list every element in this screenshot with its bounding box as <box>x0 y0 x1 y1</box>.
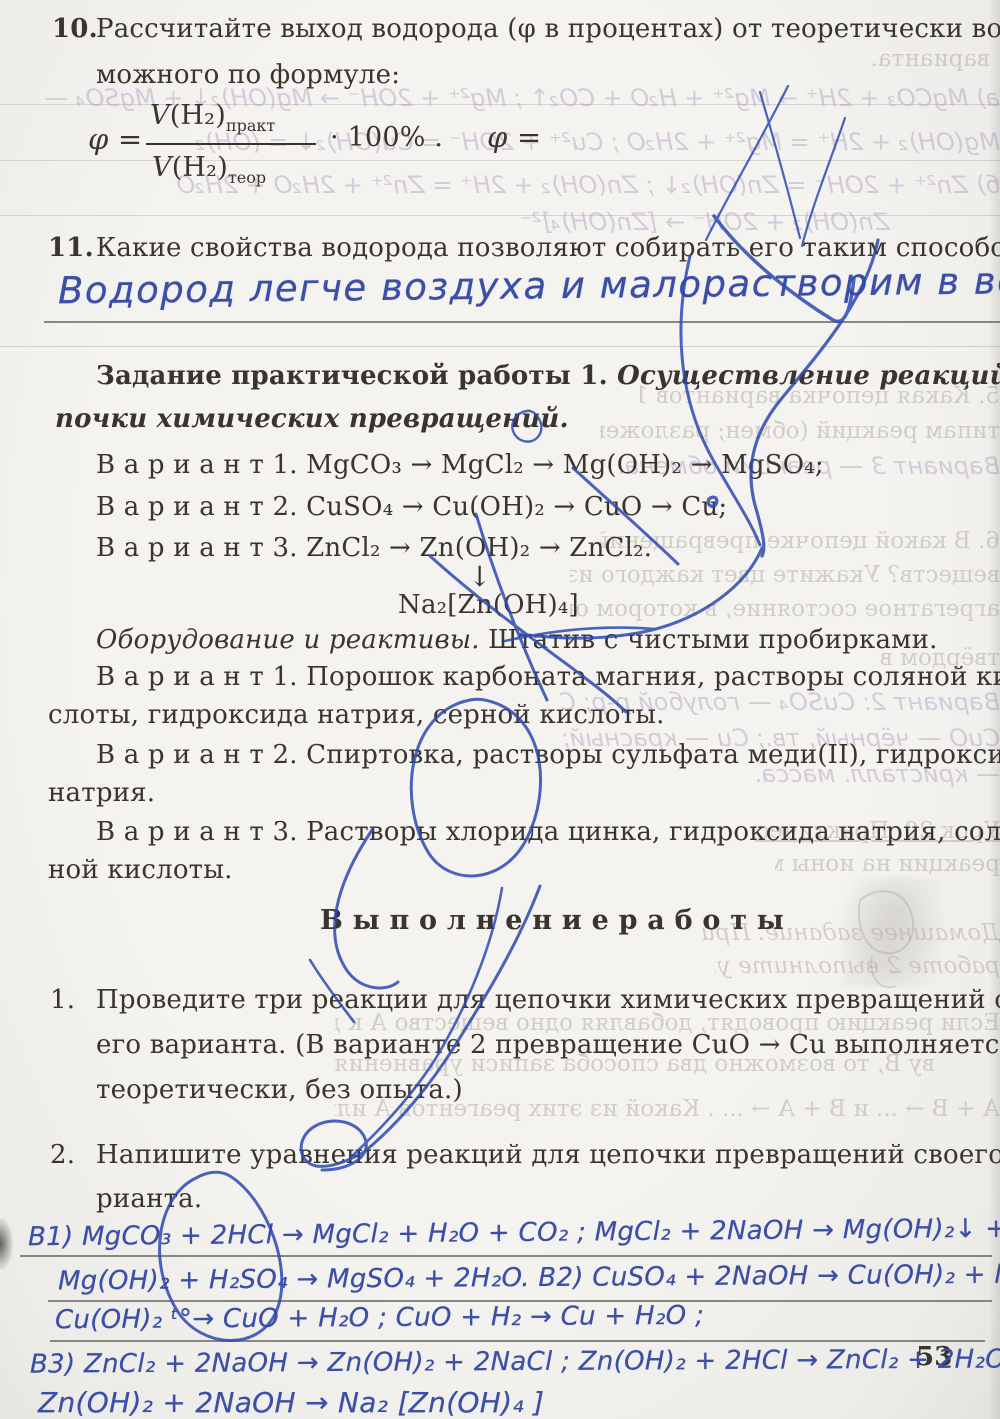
ghost-print: 6. В какой цепочке превращений изменяетс… <box>600 528 1000 554</box>
ghost-print: реакции на ионы металлов <box>775 851 1000 877</box>
variant3-chain-row: В а р и а н т 3. ZnCl₂ → Zn(OH)₂ → ZnCl₂… <box>96 533 652 563</box>
formula-num-label: практ <box>226 116 275 135</box>
ghost-handwriting: б) Zn²⁺ + 2OH⁻ = Zn(OH)₂↓ ; Zn(OH)₂ + 2H… <box>0 171 1000 199</box>
variant2-label: В а р и а н т 2. <box>96 492 298 522</box>
ghost-rule <box>0 346 1000 347</box>
reagents-v3-line2: ной кислоты. <box>48 855 233 885</box>
variant2-chain: CuSO₄ → Cu(OH)₂ → CuO → Cu; <box>306 492 727 522</box>
reagents-v2-line1: В а р и а н т 2. Спиртовка, растворы сул… <box>96 740 1000 770</box>
reagents-v2-line2: натрия. <box>48 778 155 808</box>
task-title-line2: почки химических превращений. <box>55 404 569 434</box>
step2-line1: Напишите уравнения реакций для цепочки п… <box>96 1140 1000 1170</box>
section-header: В ы п о л н е н и е р а б о т ы <box>320 905 784 936</box>
step2-number: 2. <box>50 1140 75 1170</box>
formula-den-label: теор <box>228 168 266 187</box>
scan-right-edge-shadow <box>988 0 1000 1419</box>
scanned-page: а) MgCO₃ + 2H⁺ → Mg²⁺ + H₂O + CO₂↑ ; Mg²… <box>0 0 1000 1419</box>
item11-text: Какие свойства водорода позволяют собира… <box>96 233 1000 263</box>
item10-line1: Рассчитайте выход водорода (φ в процента… <box>96 14 1000 44</box>
handwritten-equation-line5: Zn(OH)₂ + 2NaOH → Na₂ [Zn(OH)₄ ] <box>38 1386 544 1419</box>
variant2-chain-row: В а р и а н т 2. CuSO₄ → Cu(OH)₂ → CuO →… <box>96 492 727 522</box>
equipment-italic: Оборудование и реактивы. <box>96 625 480 655</box>
handwritten-equation-line1: В1) MgCO₃ + 2HCl → MgCl₂ + H₂O + CO₂ ; M… <box>28 1214 1000 1253</box>
ghost-print: веществ? Укажите цвет каждого из исходны… <box>570 562 1000 588</box>
item10-line2: можного по формуле: <box>96 60 400 90</box>
step2-line2: рианта. <box>96 1184 202 1214</box>
variant3-label: В а р и а н т 3. <box>96 533 298 563</box>
formula-num-arg: (H₂) <box>170 100 226 131</box>
step1-line1: Проведите три реакции для цепочки химиче… <box>96 985 1000 1015</box>
variant1-chain-row: В а р и а н т 1. MgCO₃ → MgCl₂ → Mg(OH)₂… <box>96 450 824 480</box>
equation-ruled-line <box>20 1255 992 1257</box>
step1-number: 1. <box>50 985 75 1015</box>
ghost-handwriting: Zn(OH)₂ + 2OH⁻ → [Zn(OH)₄]²⁻ <box>430 208 890 236</box>
fraction-bar <box>146 143 316 145</box>
handwritten-answer: Водород легче воздуха и малорастворим в … <box>58 259 1000 313</box>
task-title-line1: Задание практической работы 1. Осуществл… <box>96 361 1000 391</box>
branch-arrow-down: ↓ <box>468 560 492 593</box>
zincate-complex: Na₂[Zn(OH)₄] <box>398 590 579 620</box>
variant1-chain: MgCO₃ → MgCl₂ → Mg(OH)₂ → MgSO₄; <box>306 450 824 480</box>
variant1-label: В а р и а н т 1. <box>96 450 298 480</box>
step1-line2: его варианта. (В варианте 2 превращение … <box>96 1030 1000 1060</box>
formula-den-v: V <box>152 152 172 183</box>
reagents-v1-line1: В а р и а н т 1. Порошок карбоната магни… <box>96 662 1000 692</box>
ghost-print: агрегатное состояние, в котором оно нахо… <box>570 596 1000 622</box>
formula-factor: · 100% . <box>330 122 443 153</box>
formula-den-arg: (H₂) <box>172 152 228 183</box>
formula-numerator: V(H₂)практ <box>150 100 275 135</box>
equipment-line: Оборудование и реактивы. Штатив с чистым… <box>96 625 938 655</box>
reagents-v3-line1: В а р и а н т 3. Растворы хлорида цинка,… <box>96 817 1000 847</box>
handwritten-equation-line3: Cu(OH)₂ ᵗ°→ CuO + H₂O ; CuO + H₂ → Cu + … <box>55 1301 704 1336</box>
ghost-print: варианта. <box>800 46 990 72</box>
item11-number: 11. <box>48 233 94 263</box>
variant3-chain: ZnCl₂ → Zn(OH)₂ → ZnCl₂. <box>306 533 652 563</box>
handwritten-equation-line4: В3) ZnCl₂ + 2NaOH → Zn(OH)₂ + 2NaCl ; Zn… <box>30 1344 1000 1379</box>
scan-edge-smudge <box>0 1218 13 1270</box>
reagents-v1-line2: слоты, гидроксида натрия, серной кислоты… <box>48 700 665 730</box>
handwritten-equation-line2: Mg(OH)₂ + H₂SO₄ → MgSO₄ + 2H₂O. В2) CuSO… <box>58 1260 1000 1297</box>
equipment-rest: Штатив с чистыми пробирками. <box>480 625 938 655</box>
ghost-print: типам реакций (обмен; разложение и замещ… <box>600 418 1000 444</box>
item10-number: 10. <box>52 14 98 44</box>
task-title-italic: Осуществление реакций для це- <box>608 361 1000 391</box>
step1-line3: теоретически, без опыта.) <box>96 1075 463 1105</box>
formula-denominator: V(H₂)теор <box>152 152 266 187</box>
ghost-rule <box>0 160 1000 161</box>
formula-phi-rhs: φ = <box>487 120 541 154</box>
equation-ruled-line <box>50 1340 985 1342</box>
task-title-bold: Задание практической работы 1. <box>96 361 608 391</box>
formula-phi-lhs: φ = <box>88 122 142 156</box>
ghost-print: работе 2 выполните упражнения 1–4. <box>715 953 1000 979</box>
formula-num-v: V <box>150 100 170 131</box>
answer-ruled-line <box>44 321 1000 323</box>
